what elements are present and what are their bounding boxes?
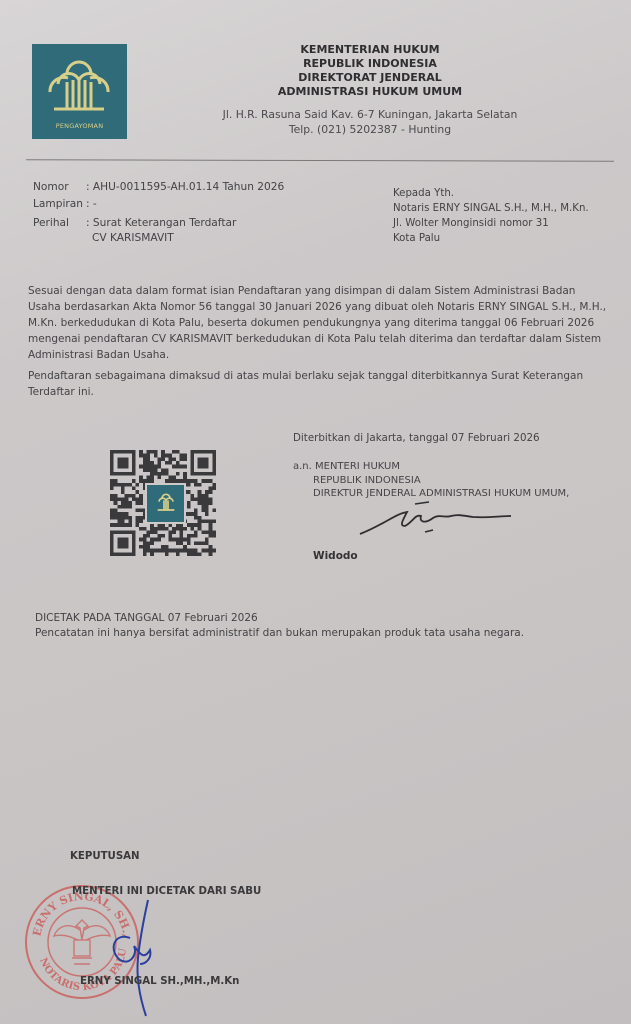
meta-row-lampiran: Lampiran : - [33, 196, 284, 213]
lampiran-value: : - [83, 196, 97, 213]
signatory-title: a.n. MENTERI HUKUM REPUBLIK INDONESIA DI… [293, 460, 569, 501]
document-page: PENGAYOMAN KEMENTERIAN HUKUM REPUBLIK IN… [0, 0, 631, 1024]
body-paragraph-1: Sesuai dengan data dalam format isian Pe… [28, 283, 608, 363]
logo-text: PENGAYOMAN [32, 122, 127, 130]
meta-row-nomor: Nomor : AHU-0011595-AH.01.14 Tahun 2026 [33, 179, 284, 196]
lampiran-label: Lampiran [33, 196, 83, 213]
org-address: Jl. H.R. Rasuna Said Kav. 6-7 Kuningan, … [190, 107, 550, 122]
org-name-line: KEMENTERIAN HUKUM [190, 43, 550, 57]
signer-name: Widodo [313, 550, 358, 562]
letter-meta: Nomor : AHU-0011595-AH.01.14 Tahun 2026 … [33, 179, 284, 247]
addressee-line: Kota Palu [393, 231, 589, 246]
perihal-label: Perihal [33, 215, 86, 232]
signatory-line: a.n. MENTERI HUKUM [293, 460, 569, 474]
pengayoman-tree-icon [155, 490, 177, 512]
perihal-value-company: CV KARISMAVIT [33, 230, 284, 247]
disclaimer: Pencatatan ini hanya bersifat administra… [35, 626, 524, 641]
header-divider [26, 159, 614, 162]
notary-name: ERNY SINGAL SH.,MH.,M.Kn [80, 976, 239, 987]
pengayoman-logo: PENGAYOMAN [32, 44, 127, 139]
qr-center-logo [145, 483, 186, 524]
addressee-block: Kepada Yth. Notaris ERNY SINGAL S.H., M.… [393, 186, 589, 246]
org-name-line: REPUBLIK INDONESIA [190, 57, 550, 71]
signatory-line: REPUBLIK INDONESIA [293, 474, 569, 488]
printed-date: DICETAK PADA TANGGAL 07 Februari 2026 [35, 611, 524, 626]
signatory-line: DIREKTUR JENDERAL ADMINISTRASI HUKUM UMU… [293, 487, 569, 501]
addressee-line: Jl. Wolter Monginsidi nomor 31 [393, 216, 589, 231]
nomor-label: Nomor [33, 179, 86, 196]
notary-signature-icon [100, 898, 160, 1018]
body-paragraph-2: Pendaftaran sebagaimana dimaksud di atas… [28, 368, 608, 400]
legalization-title: KEPUTUSAN [70, 851, 140, 862]
signature-icon [355, 500, 515, 540]
print-info: DICETAK PADA TANGGAL 07 Februari 2026 Pe… [35, 611, 524, 641]
org-phone: Telp. (021) 5202387 - Hunting [190, 122, 550, 137]
nomor-value: : AHU-0011595-AH.01.14 Tahun 2026 [86, 179, 284, 196]
addressee-line: Kepada Yth. [393, 186, 589, 201]
org-name-line: ADMINISTRASI HUKUM UMUM [190, 85, 550, 99]
addressee-line: Notaris ERNY SINGAL S.H., M.H., M.Kn. [393, 201, 589, 216]
letterhead: KEMENTERIAN HUKUM REPUBLIK INDONESIA DIR… [190, 43, 550, 137]
issued-place-date: Diterbitkan di Jakarta, tanggal 07 Febru… [293, 432, 540, 444]
org-name-line: DIREKTORAT JENDERAL [190, 71, 550, 85]
legalization-subtitle: MENTERI INI DICETAK DARI SABU [72, 886, 261, 897]
pengayoman-tree-icon [46, 52, 112, 112]
